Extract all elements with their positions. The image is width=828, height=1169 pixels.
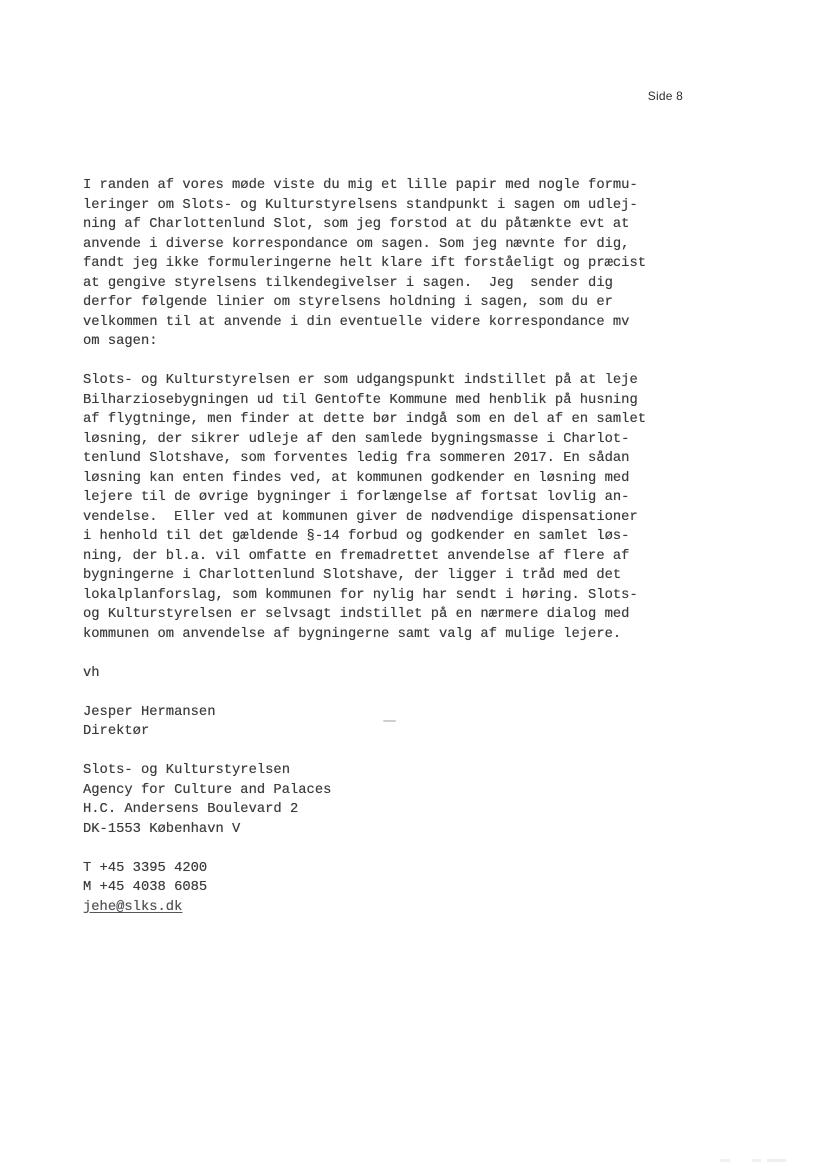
text-line: ning af Charlottenlund Slot, som jeg for… <box>83 215 646 235</box>
text-line: Slots- og Kulturstyrelsen <box>83 761 646 781</box>
text-line: at gengive styrelsens tilkendegivelser i… <box>83 274 646 294</box>
text-line: Slots- og Kulturstyrelsen er som udgangs… <box>83 371 646 391</box>
text-line: leringer om Slots- og Kulturstyrelsens s… <box>83 196 646 216</box>
text-line: bygningerne i Charlottenlund Slotshave, … <box>83 566 646 586</box>
intro-paragraph: I randen af vores møde viste du mig et l… <box>83 176 646 352</box>
contact-info: T +45 3395 4200 M +45 4038 6085 jehe@slk… <box>83 859 646 918</box>
text-line: DK-1553 København V <box>83 820 646 840</box>
text-line: ning, der bl.a. vil omfatte en fremadret… <box>83 547 646 567</box>
text-line: løsning, der sikrer udleje af den samled… <box>83 430 646 450</box>
text-line: tenlund Slotshave, som forventes ledig f… <box>83 449 646 469</box>
closing-line: vh <box>83 664 646 684</box>
text-line: kommunen om anvendelse af bygningerne sa… <box>83 625 646 645</box>
text-line: lokalplanforslag, som kommunen for nylig… <box>83 586 646 606</box>
phone-mobile: M +45 4038 6085 <box>83 878 646 898</box>
text-line: om sagen: <box>83 332 646 352</box>
letter-body: I randen af vores møde viste du mig et l… <box>83 176 646 937</box>
document-page: Side 8 I randen af vores møde viste du m… <box>0 0 828 1169</box>
text-line: fandt jeg ikke formuleringerne helt klar… <box>83 254 646 274</box>
text-line: velkommen til at anvende i din eventuell… <box>83 313 646 333</box>
email-link[interactable]: jehe@slks.dk <box>83 898 182 918</box>
statement-paragraph: Slots- og Kulturstyrelsen er som udgangs… <box>83 371 646 644</box>
text-line: anvende i diverse korrespondance om sage… <box>83 235 646 255</box>
text-line: derfor følgende linier om styrelsens hol… <box>83 293 646 313</box>
scan-artifact-smudge <box>720 1159 730 1162</box>
text-line: lejere til de øvrige bygninger i forlæng… <box>83 488 646 508</box>
organization-address: Slots- og KulturstyrelsenAgency for Cult… <box>83 761 646 839</box>
scan-artifact-dash <box>383 720 396 722</box>
closing: vh <box>83 664 646 684</box>
text-line: Agency for Culture and Palaces <box>83 781 646 801</box>
scan-artifact-smudge <box>767 1159 786 1162</box>
signature: Jesper Hermansen Direktør <box>83 703 646 742</box>
text-line: af flygtninge, men finder at dette bør i… <box>83 410 646 430</box>
page-number: Side 8 <box>648 89 683 103</box>
text-line: i henhold til det gældende §-14 forbud o… <box>83 527 646 547</box>
text-line: I randen af vores møde viste du mig et l… <box>83 176 646 196</box>
phone-main: T +45 3395 4200 <box>83 859 646 879</box>
text-line: vendelse. Eller ved at kommunen giver de… <box>83 508 646 528</box>
signature-name: Jesper Hermansen <box>83 703 646 723</box>
signature-title: Direktør <box>83 722 646 742</box>
text-line: H.C. Andersens Boulevard 2 <box>83 800 646 820</box>
text-line: og Kulturstyrelsen er selvsagt indstille… <box>83 605 646 625</box>
text-line: Bilharziosebygningen ud til Gentofte Kom… <box>83 391 646 411</box>
text-line: løsning kan enten findes ved, at kommune… <box>83 469 646 489</box>
scan-artifact-smudge <box>752 1159 761 1162</box>
